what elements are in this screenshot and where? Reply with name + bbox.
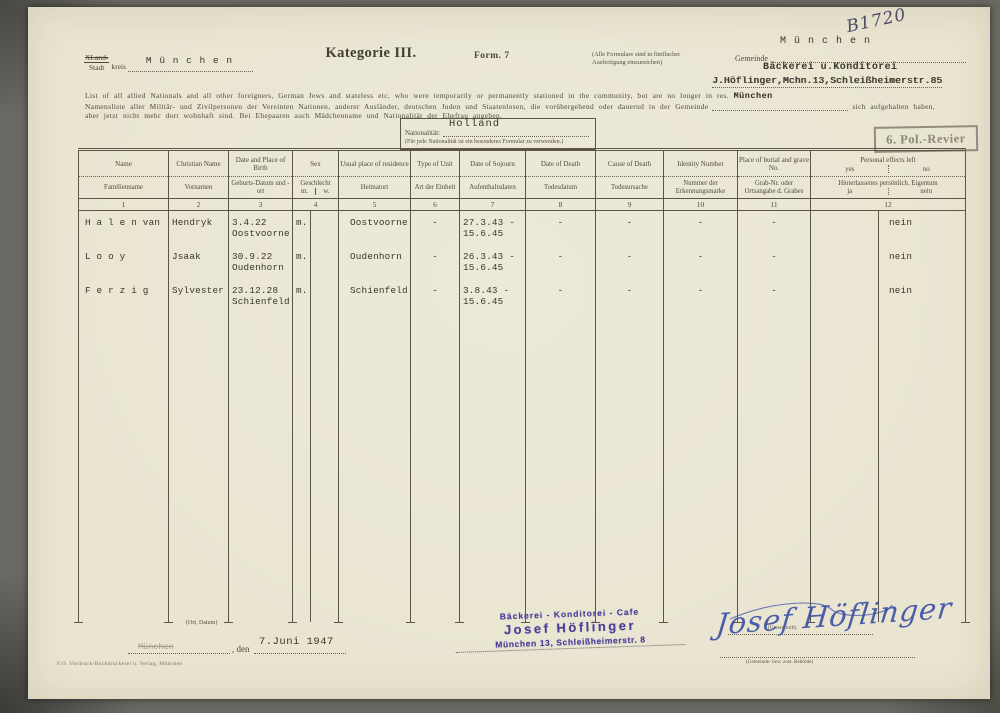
header-num: 4 xyxy=(293,199,338,211)
ort-datum-label: (Ort, Datum) xyxy=(186,620,217,626)
body-col-name: H a l e n van L o o y F e r z i g xyxy=(79,211,169,622)
body-col-burial: - - - xyxy=(738,211,811,622)
header-en: Name xyxy=(79,151,168,177)
column-header-burial: Place of burial and grave No. Grab-Nr. o… xyxy=(738,151,811,211)
column-header-unit: Type of Unit Art der Einheit 6 xyxy=(411,151,460,211)
header-en: Cause of Death xyxy=(596,151,663,177)
header-num: 5 xyxy=(339,199,410,211)
land-label-crossed: XLand- xyxy=(84,53,109,63)
table-cell: - xyxy=(526,284,595,318)
header-num: 6 xyxy=(411,199,459,211)
body-col-birth: 3.4.22 Oostvoorne 30.9.22 Oudenhorn 23.1… xyxy=(229,211,293,622)
table-cell: - xyxy=(664,216,737,250)
table-cell: L o o y xyxy=(79,250,168,284)
column-header-death-date: Date of Death Todesdatum 8 xyxy=(526,151,596,211)
table-cell: nein xyxy=(811,284,965,318)
table-cell: m. xyxy=(293,216,338,250)
header-en: Sex xyxy=(293,151,338,177)
date-dotted-line: 7.Juni 1947 xyxy=(254,640,346,654)
column-header-effects: Personal effects left yesno Hinterlassen… xyxy=(811,151,966,211)
header-num: 2 xyxy=(169,199,228,211)
body-col-sojourn: 27.3.43 - 15.6.45 26.3.43 - 15.6.45 3.8.… xyxy=(460,211,526,622)
scan-background: B1720 Kategorie III. Form. 7 XLand- Stad… xyxy=(0,0,1000,713)
header-de: Art der Einheit xyxy=(411,177,459,199)
sex-divider-line xyxy=(310,211,311,622)
nationality-label-row: Nationalität: xyxy=(405,129,589,137)
column-header-christian-name: Christian Name Vornamen 2 xyxy=(169,151,229,211)
intro-city-typed: München xyxy=(734,91,773,101)
copies-note: (Alle Formulare sind in fünffacher Ausfe… xyxy=(592,51,732,66)
body-col-death-date: - - - xyxy=(526,211,596,622)
header-de: Nummer der Erkennungsmarke xyxy=(664,177,737,199)
column-header-sex: Sex Geschlecht m.w. 4 xyxy=(293,151,339,211)
table-cell: - xyxy=(738,284,810,318)
header-en: Date of Death xyxy=(526,151,595,177)
table-cell: m. xyxy=(293,284,338,318)
stadt-label: Stadt xyxy=(84,63,109,72)
table-cell: Sylvester xyxy=(169,284,228,318)
table-cell: - xyxy=(738,216,810,250)
table-cell: 23.12.28 Schienfeld xyxy=(229,284,292,318)
table-cell: - xyxy=(411,250,459,284)
header-num: 10 xyxy=(664,199,737,211)
body-col-sex: m. m. m. xyxy=(293,211,339,622)
header-en: Date of Sojourn xyxy=(460,151,525,177)
header-num: 12 xyxy=(811,199,965,211)
header-en: Christian Name xyxy=(169,151,228,177)
table-cell: - xyxy=(596,250,663,284)
sex-female-label: w. xyxy=(315,188,337,195)
effects-no-label: no xyxy=(888,165,965,173)
effects-ja-label: ja xyxy=(812,188,888,195)
header-en: Identity Number xyxy=(664,151,737,177)
effects-nein-label: nein xyxy=(888,188,965,195)
header-en: Personal effects left yesno xyxy=(811,151,965,177)
table-cell: - xyxy=(526,250,595,284)
table-cell: Jsaak xyxy=(169,250,228,284)
body-col-christian-name: Hendryk Jsaak Sylvester xyxy=(169,211,229,622)
nationality-label: Nationalität: xyxy=(405,129,440,137)
intro-english-line: List of all allied Nationals and all oth… xyxy=(85,91,935,102)
header-en: Type of Unit xyxy=(411,151,459,177)
intro-paragraph: List of all allied Nationals and all oth… xyxy=(85,91,935,121)
header-en: Date and Place of Birth xyxy=(229,151,292,177)
header-de: Heimatort xyxy=(339,177,410,199)
body-col-effects: nein nein nein xyxy=(811,211,966,622)
signature-label-bottom: (Gemeinde- bzw. zust. Behörde) xyxy=(746,659,813,665)
body-col-identity: - - - xyxy=(664,211,738,622)
nationality-box: Holland Nationalität: (Für jede National… xyxy=(400,118,596,150)
business-stamp: Bäckerei - Konditorei - Cafe Josef Höfli… xyxy=(454,605,685,653)
table-cell: 3.8.43 - 15.6.45 xyxy=(460,284,525,318)
header-de: Todesdatum xyxy=(526,177,595,199)
column-header-name: Name Familienname 1 xyxy=(79,151,169,211)
effects-divider-line xyxy=(878,211,879,622)
date-typed: 7.Juni 1947 xyxy=(259,636,334,648)
document-page: B1720 Kategorie III. Form. 7 XLand- Stad… xyxy=(28,7,990,699)
table-header: Name Familienname 1 Christian Name Vorna… xyxy=(78,150,966,211)
land-stadt-fraction: XLand- Stadt xyxy=(84,53,109,72)
gemeinde-city-typed: M ü n c h e n xyxy=(780,36,871,47)
signature-area: (Unterschrift) (Gemeinde- bzw. zust. Beh… xyxy=(708,597,968,677)
header-num: 9 xyxy=(596,199,663,211)
table-cell: 27.3.43 - 15.6.45 xyxy=(460,216,525,250)
table-cell: Oudenhorn xyxy=(339,250,410,284)
header-en: Place of burial and grave No. xyxy=(738,151,810,177)
den-label: , den xyxy=(232,644,250,654)
nationality-dotted-line xyxy=(443,130,589,137)
table-cell: nein xyxy=(811,216,965,250)
signature-dotted-line-2 xyxy=(720,657,915,658)
kreis-label: kreis xyxy=(111,62,126,71)
table-cell: - xyxy=(738,250,810,284)
table-cell: 3.4.22 Oostvoorne xyxy=(229,216,292,250)
form-number: Form. 7 xyxy=(474,51,510,61)
place-dotted-line: München xyxy=(128,640,230,654)
table-cell: - xyxy=(411,216,459,250)
table-cell: 26.3.43 - 15.6.45 xyxy=(460,250,525,284)
gemeinde-business-typed: Bäckerei u.Konditorei xyxy=(763,62,897,73)
header-de: Vornamen xyxy=(169,177,228,199)
header-de: Hinterlassenes persönlich. Eigentum jane… xyxy=(811,177,965,199)
copies-note-line1: (Alle Formulare sind in fünffacher xyxy=(592,51,732,59)
nationality-note: (Für jede Nationalität ist ein besondere… xyxy=(405,139,563,145)
body-col-residence: Oostvoorne Oudenhorn Schienfeld xyxy=(339,211,411,622)
table-cell: Schienfeld xyxy=(339,284,410,318)
intro-german-line1: Namensliste aller Militär- und Zivilpers… xyxy=(85,102,935,112)
copies-note-line2: Ausfertigung einzureichen) xyxy=(592,59,732,67)
body-col-death-cause: - - - xyxy=(596,211,664,622)
table-cell: F e r z i g xyxy=(79,284,168,318)
printer-imprint: F.O. Vordruck-Buchdruckerei u. Verlag, M… xyxy=(57,661,183,667)
table-cell: Hendryk xyxy=(169,216,228,250)
intro-dotted-line xyxy=(712,103,848,111)
district-city-typed: M ü n c h e n xyxy=(146,55,233,66)
table-cell: H a l e n van xyxy=(79,216,168,250)
sex-male-label: m. xyxy=(294,188,315,195)
table-cell: - xyxy=(411,284,459,318)
effects-yes-label: yes xyxy=(812,165,888,173)
register-table: Name Familienname 1 Christian Name Vorna… xyxy=(78,150,966,622)
table-cell: - xyxy=(596,216,663,250)
table-cell: nein xyxy=(811,250,965,284)
table-body: H a l e n van L o o y F e r z i g Hendry… xyxy=(78,211,966,622)
header-num: 7 xyxy=(460,199,525,211)
handwritten-number: B1720 xyxy=(845,5,909,37)
header-num: 1 xyxy=(79,199,168,211)
gemeinde-address-typed: J.Höflinger,Mchn.13,Schleißheimerstr.85 xyxy=(712,75,942,88)
header-num: 3 xyxy=(229,199,292,211)
table-cell: m. xyxy=(293,250,338,284)
form-title: Kategorie III. xyxy=(296,45,446,62)
body-col-unit: - - - xyxy=(411,211,460,622)
header-en: Usual place of residence xyxy=(339,151,410,177)
header-num: 8 xyxy=(526,199,595,211)
table-cell: Oostvoorne xyxy=(339,216,410,250)
header-de: Grab-Nr. oder Ortsangabe d. Grabes xyxy=(738,177,810,199)
column-header-death-cause: Cause of Death Todesursache 9 xyxy=(596,151,664,211)
column-header-sojourn: Date of Sojourn Aufenthaltsdaten 7 xyxy=(460,151,526,211)
column-header-residence: Usual place of residence Heimatort 5 xyxy=(339,151,411,211)
header-de: Geburts-Datum und -ort xyxy=(229,177,292,199)
district-block: XLand- Stadt kreisM ü n c h e n xyxy=(84,53,284,72)
header-de: Familienname xyxy=(79,177,168,199)
district-dotted-line: M ü n c h e n xyxy=(128,59,253,72)
header-de: Todesursache xyxy=(596,177,663,199)
column-header-identity: Identity Number Nummer der Erkennungsmar… xyxy=(664,151,738,211)
header-de: Geschlecht m.w. xyxy=(293,177,338,199)
header-de: Aufenthaltsdaten xyxy=(460,177,525,199)
table-cell: 30.9.22 Oudenhorn xyxy=(229,250,292,284)
header-num: 11 xyxy=(738,199,810,211)
table-cell: - xyxy=(526,216,595,250)
table-cell: - xyxy=(664,250,737,284)
table-cell: - xyxy=(596,284,663,318)
place-struck-typed: München xyxy=(138,642,174,652)
column-header-birth: Date and Place of Birth Geburts-Datum un… xyxy=(229,151,293,211)
table-cell: - xyxy=(664,284,737,318)
